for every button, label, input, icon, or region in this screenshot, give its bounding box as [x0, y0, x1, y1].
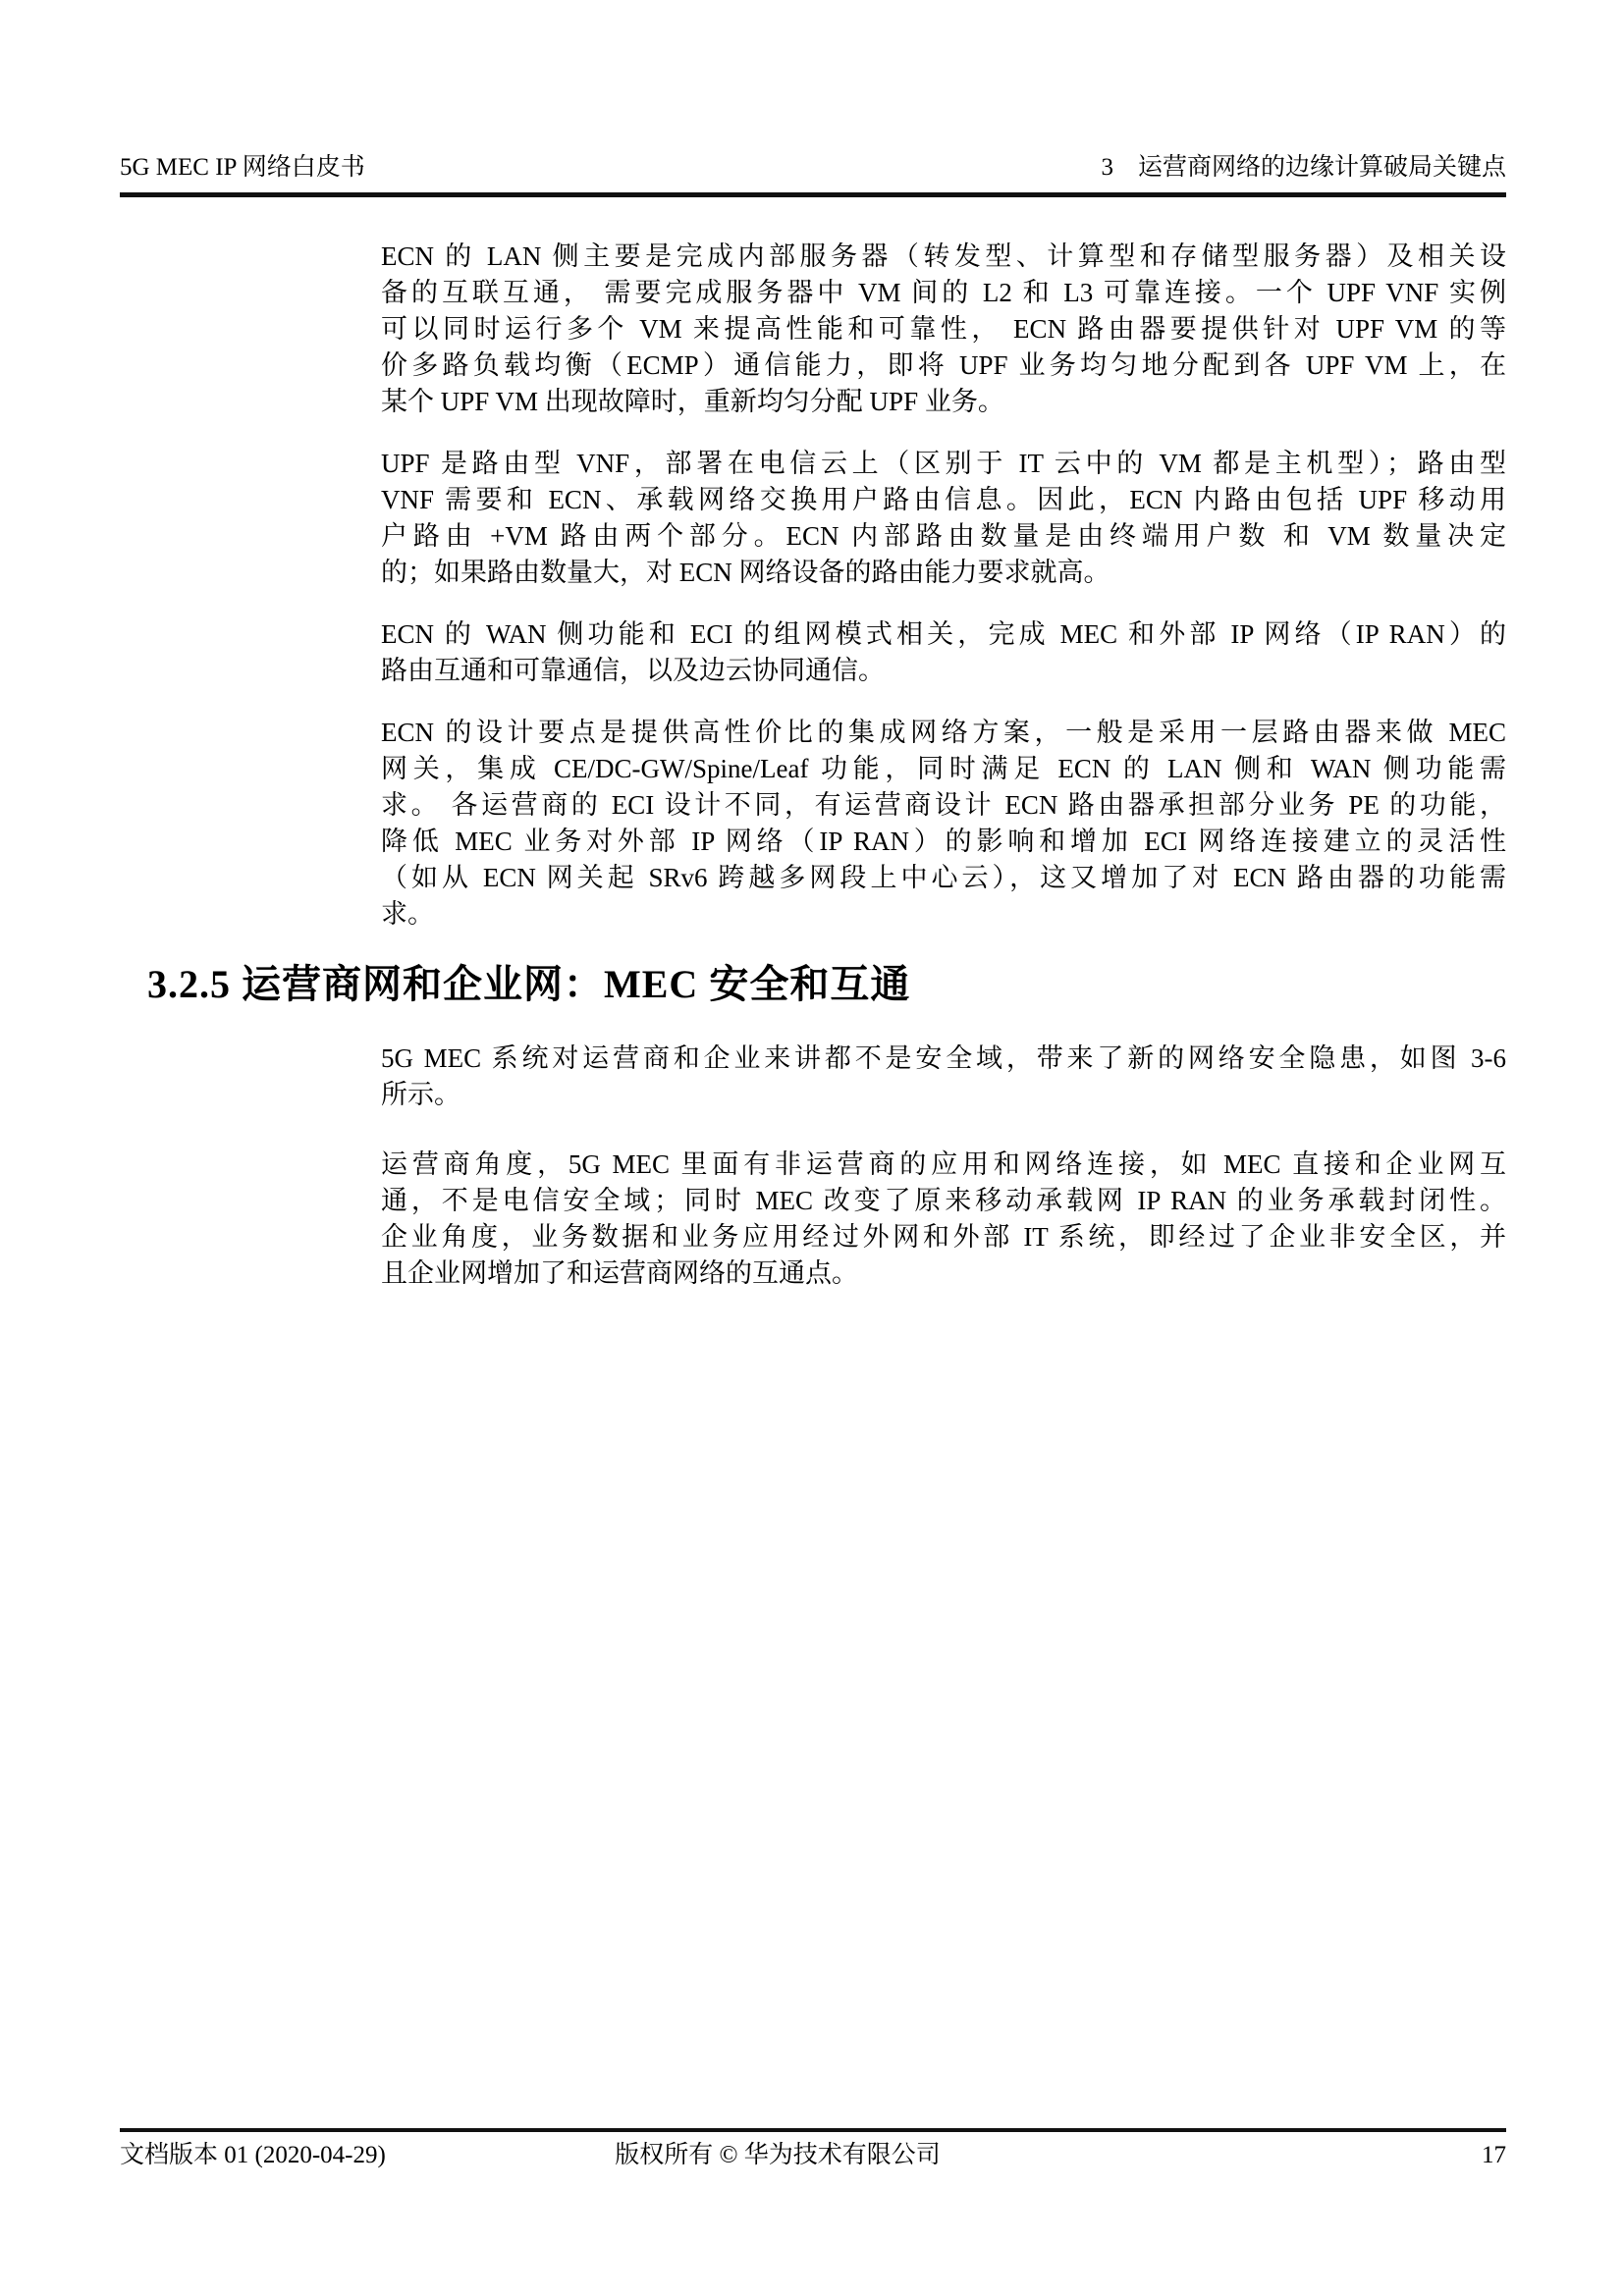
body-paragraph-ecn-wan: ECN 的 WAN 侧功能和 ECI 的组网模式相关，完成 MEC 和外部 IP… — [381, 616, 1506, 689]
header-divider — [120, 192, 1506, 197]
document-page: 5G MEC IP 网络白皮书 3 运营商网络的边缘计算破局关键点 ECN 的 … — [0, 0, 1624, 2296]
body-content: ECN 的 LAN 侧主要是完成内部服务器（转发型、计算型和存储型服务器）及相关… — [381, 239, 1506, 1317]
footer-page-number: 17 — [1209, 2140, 1506, 2171]
footer-copyright: 版权所有 © 华为技术有限公司 — [615, 2140, 1209, 2171]
page-footer: 文档版本 01 (2020-04-29) 版权所有 © 华为技术有限公司 17 — [120, 2140, 1506, 2171]
header-document-title: 5G MEC IP 网络白皮书 — [120, 152, 365, 184]
header-chapter-title: 3 运营商网络的边缘计算破局关键点 — [1101, 152, 1506, 184]
body-paragraph-upf-vnf: UPF 是路由型 VNF，部署在电信云上（区别于 IT 云中的 VM 都是主机型… — [381, 446, 1506, 591]
body-paragraph-ecn-design: ECN 的设计要点是提供高性价比的集成网络方案，一般是采用一层路由器来做 MEC… — [381, 715, 1506, 933]
body-paragraph-operator-enterprise: 运营商角度，5G MEC 里面有非运营商的应用和网络连接，如 MEC 直接和企业… — [381, 1147, 1506, 1292]
footer-divider — [120, 2128, 1506, 2132]
body-paragraph-security-intro: 5G MEC 系统对运营商和企业来讲都不是安全域，带来了新的网络安全隐患，如图 … — [381, 1041, 1506, 1113]
page-header: 5G MEC IP 网络白皮书 3 运营商网络的边缘计算破局关键点 — [120, 152, 1506, 184]
body-paragraph-ecn-lan: ECN 的 LAN 侧主要是完成内部服务器（转发型、计算型和存储型服务器）及相关… — [381, 239, 1506, 420]
section-heading-3-2-5: 3.2.5 运营商网和企业网：MEC 安全和互通 — [147, 960, 1506, 1009]
footer-document-version: 文档版本 01 (2020-04-29) — [120, 2140, 615, 2171]
